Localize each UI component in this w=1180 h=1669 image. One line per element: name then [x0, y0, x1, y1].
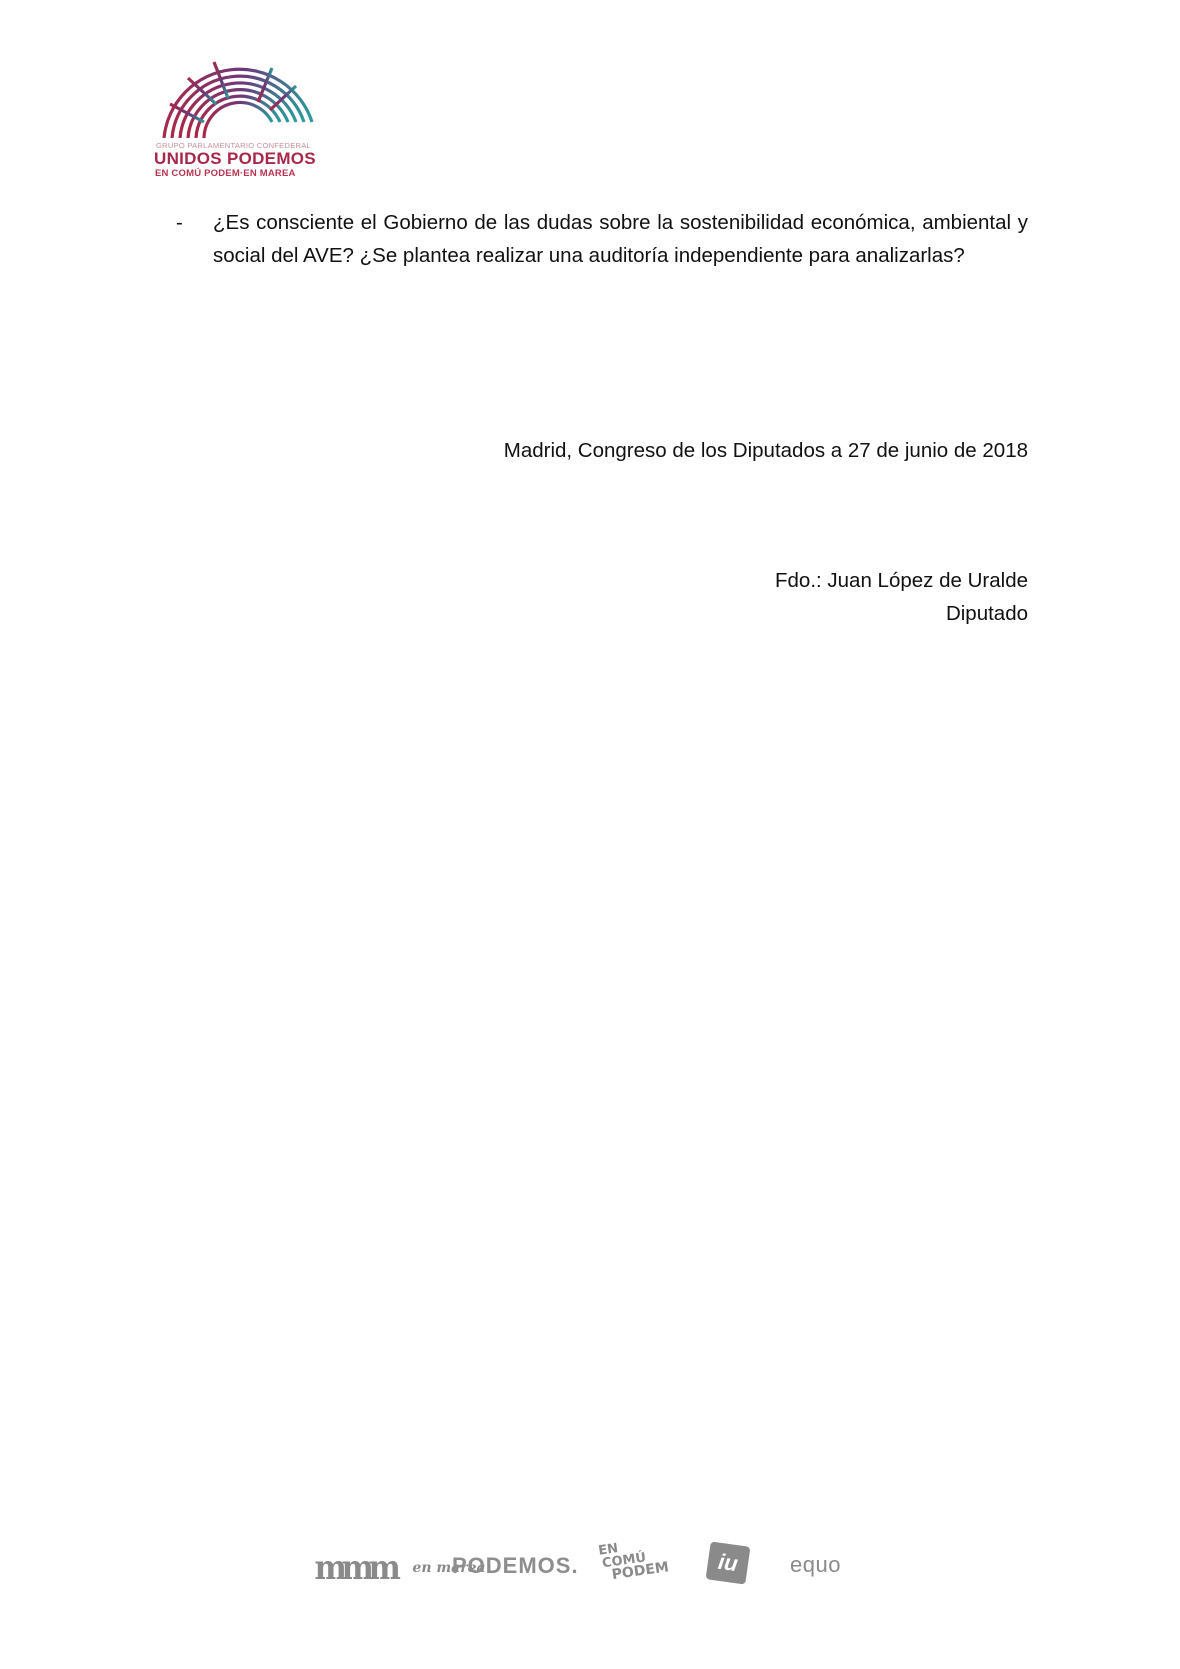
parliament-arc-icon	[158, 52, 318, 138]
en-comu-podem-logo: EN COMÚ PODEM	[598, 1536, 670, 1584]
en-marea-mark: m	[314, 1548, 341, 1588]
izquierda-unida-logo: iu	[706, 1541, 751, 1584]
en-marea-mark-3: m	[368, 1548, 395, 1588]
footer-logos: mmm en marea PODEMOS. EN COMÚ PODEM iu e…	[300, 1536, 860, 1592]
unidos-podemos-logo: GRUPO PARLAMENTARIO CONFEDERAL UNIDOS PO…	[154, 52, 324, 178]
bullet-dash: -	[176, 206, 183, 239]
equo-logo: equo	[790, 1552, 841, 1578]
en-marea-mark-icon: mmm	[314, 1548, 395, 1588]
question-text: ¿Es consciente el Gobierno de las dudas …	[213, 206, 1028, 272]
signature-block: Fdo.: Juan López de Uralde Diputado	[775, 564, 1028, 630]
signature-name: Fdo.: Juan López de Uralde	[775, 564, 1028, 597]
en-marea-mark-2: m	[341, 1548, 368, 1588]
podemos-logo: PODEMOS.	[452, 1553, 579, 1579]
question-item: - ¿Es consciente el Gobierno de las duda…	[176, 206, 1028, 272]
logo-tagline: EN COMÚ PODEM·EN MAREA	[155, 168, 296, 179]
logo-name: UNIDOS PODEMOS	[154, 149, 316, 169]
signature-role: Diputado	[775, 597, 1028, 630]
place-date: Madrid, Congreso de los Diputados a 27 d…	[504, 434, 1028, 467]
